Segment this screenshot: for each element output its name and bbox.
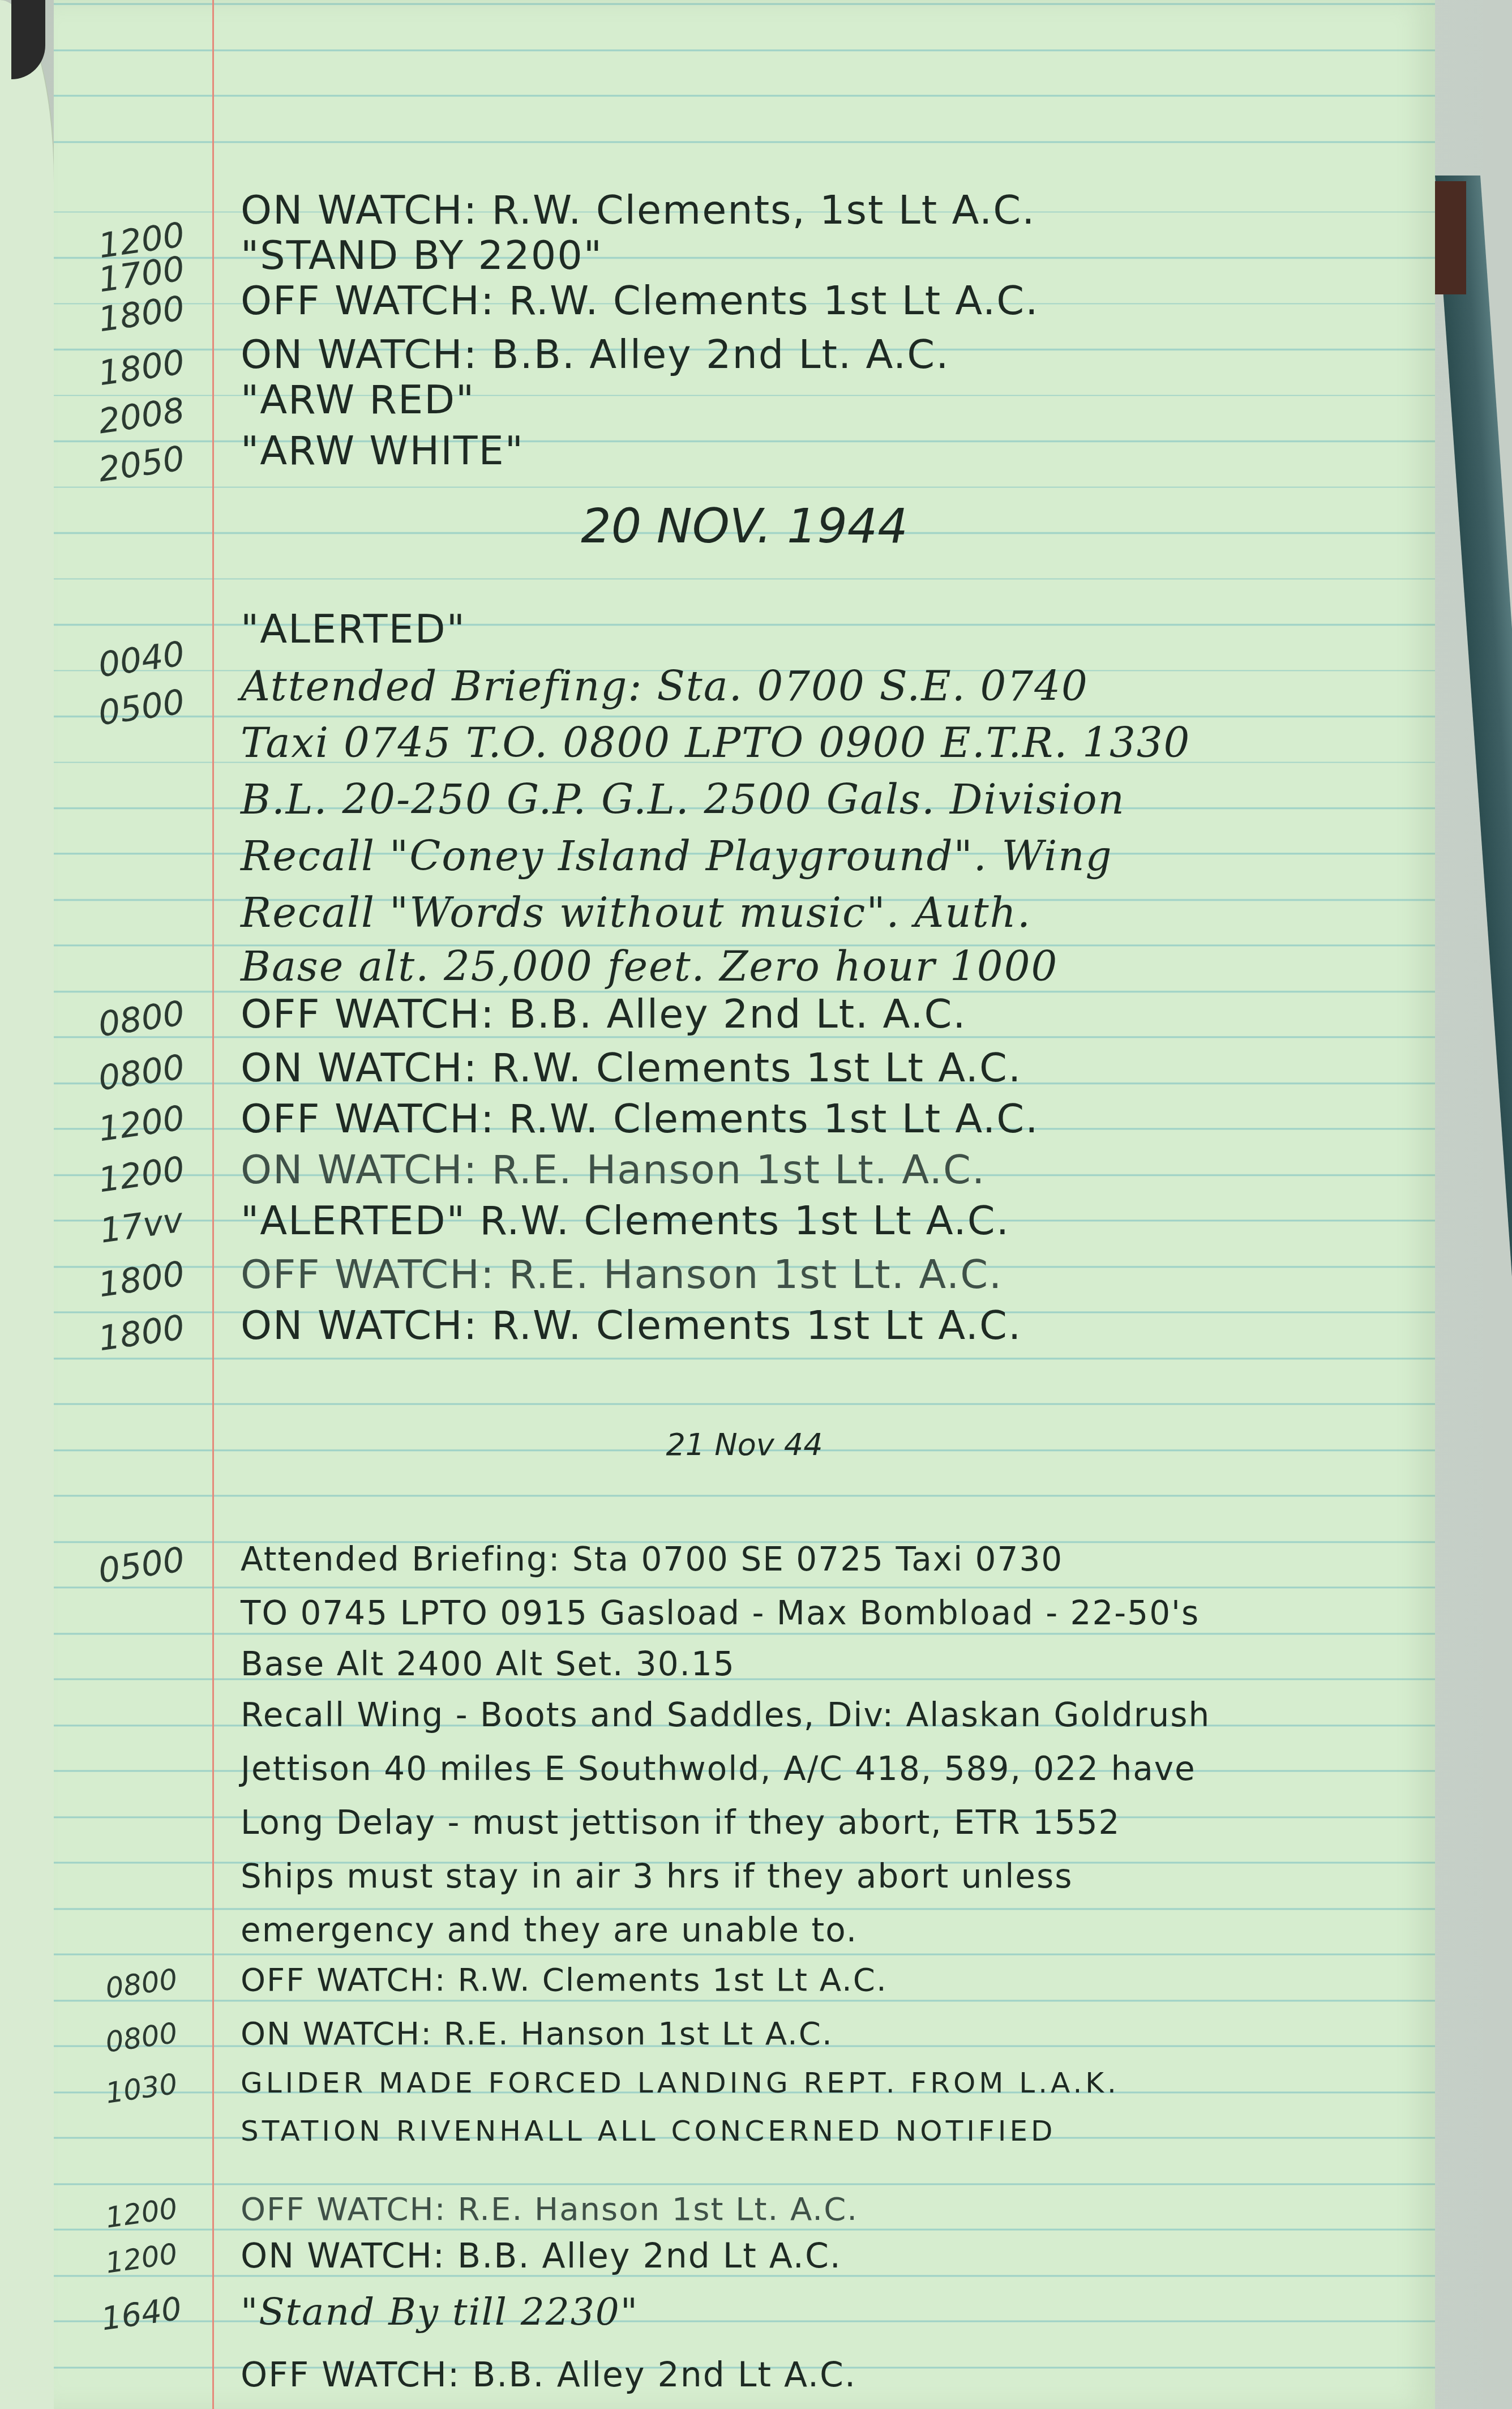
entry-time: 0800 — [77, 1045, 206, 1101]
log-entry: 0800 ON WATCH: R.E. Hanson 1st Lt A.C. — [54, 2016, 1435, 2066]
entry-text: ON WATCH: R.E. Hanson 1st Lt A.C. — [241, 2016, 1412, 2052]
entry-text: OFF WATCH: B.B. Alley 2nd Lt A.C. — [241, 2355, 1412, 2395]
log-entry: 0500 Attended Briefing: Sta 0700 SE 0725… — [54, 1540, 1435, 1591]
ledger-page: 1200 ON WATCH: R.W. Clements, 1st Lt A.C… — [54, 0, 1435, 2409]
entry-text: ON WATCH: B.B. Alley 2nd Lt A.C. — [241, 2236, 1412, 2276]
log-entry: 1800 ON WATCH: R.W. Clements 1st Lt A.C. — [54, 1305, 1435, 1356]
entry-time: 17vv — [77, 1197, 206, 1254]
entry-text: OFF WATCH: R.W. Clements 1st Lt A.C. — [241, 1096, 1412, 1142]
log-entry: 1800 OFF WATCH: R.E. Hanson 1st Lt. A.C. — [54, 1254, 1435, 1305]
entry-time: 2050 — [77, 436, 206, 493]
entry-time: 0800 — [78, 1959, 205, 2009]
log-entry: 1200 ON WATCH: B.B. Alley 2nd Lt A.C. — [54, 2236, 1435, 2287]
log-entry: TO 0745 LPTO 0915 Gasload - Max Bombload… — [54, 1594, 1435, 1645]
log-entry: 1200 OFF WATCH: R.E. Hanson 1st Lt. A.C. — [54, 2191, 1435, 2242]
entry-time: 1200 — [78, 2233, 205, 2283]
date-heading: 20 NOV. 1944 — [54, 498, 1435, 554]
entry-text: ON WATCH: R.E. Hanson 1st Lt. A.C. — [241, 1146, 1412, 1193]
entry-text: ON WATCH: R.W. Clements 1st Lt A.C. — [241, 1045, 1412, 1091]
previous-page-edge — [0, 0, 55, 2409]
log-entry: Recall Wing - Boots and Saddles, Div: Al… — [54, 1696, 1435, 1747]
entry-text: OFF WATCH: R.E. Hanson 1st Lt. A.C. — [241, 1251, 1412, 1298]
log-entry: 0800 OFF WATCH: B.B. Alley 2nd Lt. A.C. — [54, 996, 1435, 1047]
log-entry: Base Alt 2400 Alt Set. 30.15 — [54, 1645, 1435, 1696]
log-entry: 1200 OFF WATCH: R.W. Clements 1st Lt A.C… — [54, 1098, 1435, 1149]
entry-text: Base Alt 2400 Alt Set. 30.15 — [241, 1645, 1412, 1683]
log-entry: OFF WATCH: B.B. Alley 2nd Lt A.C. — [54, 2355, 1435, 2406]
entry-text: Attended Briefing: Sta. 0700 S.E. 0740 — [241, 662, 1412, 710]
entry-time: 1200 — [78, 2188, 205, 2238]
entry-text: Jettison 40 miles E Southwold, A/C 418, … — [241, 1749, 1412, 1788]
entry-text: Taxi 0745 T.O. 0800 LPTO 0900 E.T.R. 133… — [241, 719, 1412, 767]
entry-text: GLIDER MADE FORCED LANDING REPT. FROM L.… — [241, 2066, 1412, 2099]
entry-text: Recall "Coney Island Playground". Wing — [241, 832, 1412, 880]
entry-time: 1200 — [77, 1146, 206, 1203]
entry-time: 0800 — [77, 991, 206, 1047]
shadow — [11, 0, 45, 79]
entry-text: Recall "Words without music". Auth. — [241, 889, 1412, 936]
log-entry: 0040 "ALERTED" — [54, 600, 1435, 651]
entry-text: OFF WATCH: R.E. Hanson 1st Lt. A.C. — [241, 2191, 1412, 2228]
entry-text: ON WATCH: R.W. Clements, 1st Lt A.C. — [241, 187, 1412, 233]
entry-text: Attended Briefing: Sta 0700 SE 0725 Taxi… — [241, 1540, 1412, 1578]
entry-time: 0500 — [77, 1537, 206, 1594]
log-entry: 1200 ON WATCH: R.W. Clements, 1st Lt A.C… — [54, 187, 1435, 238]
entry-text: Recall Wing - Boots and Saddles, Div: Al… — [241, 1696, 1412, 1734]
entry-text: OFF WATCH: R.W. Clements 1st Lt A.C. — [241, 277, 1412, 324]
entry-text: B.L. 20-250 G.P. G.L. 2500 Gals. Divisio… — [241, 776, 1412, 823]
entry-text: ON WATCH: B.B. Alley 2nd Lt. A.C. — [241, 331, 1412, 378]
entry-text: Base alt. 25,000 feet. Zero hour 1000 — [241, 943, 1412, 990]
log-entry: Taxi 0745 T.O. 0800 LPTO 0900 E.T.R. 133… — [54, 719, 1435, 770]
log-entry: 1030 GLIDER MADE FORCED LANDING REPT. FR… — [54, 2066, 1435, 2117]
entry-text: "Stand By till 2230" — [241, 2290, 1412, 2334]
entry-text: "ARW RED" — [241, 376, 1412, 423]
entry-text: OFF WATCH: B.B. Alley 2nd Lt. A.C. — [241, 991, 1412, 1037]
log-entry: Base alt. 25,000 feet. Zero hour 1000 — [54, 943, 1435, 994]
log-entry: B.L. 20-250 G.P. G.L. 2500 Gals. Divisio… — [54, 776, 1435, 827]
entry-text: "STAND BY 2200" — [241, 232, 1412, 279]
entry-text: Ships must stay in air 3 hrs if they abo… — [241, 1857, 1412, 1895]
entry-time: 1800 — [77, 1251, 206, 1308]
entry-text: emergency and they are unable to. — [241, 1911, 1412, 1949]
log-entry: 1640 "Stand By till 2230" — [54, 2290, 1435, 2341]
entry-text: OFF WATCH: R.W. Clements 1st Lt A.C. — [241, 1962, 1412, 1999]
entry-time: 1640 — [78, 2287, 206, 2341]
entry-text: "ALERTED" R.W. Clements 1st Lt A.C. — [241, 1197, 1412, 1244]
date-heading: 21 Nov 44 — [54, 1427, 1435, 1462]
entry-time: 1030 — [78, 2064, 205, 2113]
log-entry: Recall "Words without music". Auth. — [54, 889, 1435, 940]
log-entry: Jettison 40 miles E Southwold, A/C 418, … — [54, 1749, 1435, 1800]
log-entry: 1200 ON WATCH: R.E. Hanson 1st Lt. A.C. — [54, 1149, 1435, 1200]
log-entry: 1800 OFF WATCH: R.W. Clements 1st Lt A.C… — [54, 283, 1435, 334]
log-entry: 2050 "ARW WHITE" — [54, 436, 1435, 487]
entry-text: ON WATCH: R.W. Clements 1st Lt A.C. — [241, 1302, 1412, 1349]
log-entry: 0800 OFF WATCH: R.W. Clements 1st Lt A.C… — [54, 1962, 1435, 2013]
log-entry: 0800 ON WATCH: R.W. Clements 1st Lt A.C. — [54, 1047, 1435, 1098]
entry-text: Long Delay - must jettison if they abort… — [241, 1803, 1412, 1842]
entry-text: "ARW WHITE" — [241, 427, 1412, 474]
log-entry: 17vv "ALERTED" R.W. Clements 1st Lt A.C. — [54, 1200, 1435, 1251]
log-entry: STATION RIVENHALL ALL CONCERNED NOTIFIED — [54, 2115, 1435, 2166]
entry-time: 0800 — [78, 2013, 205, 2063]
entry-time: 1200 — [77, 1096, 206, 1152]
log-entry: Ships must stay in air 3 hrs if they abo… — [54, 1857, 1435, 1908]
log-entry: 0500 Attended Briefing: Sta. 0700 S.E. 0… — [54, 662, 1435, 713]
entry-text: "ALERTED" — [241, 606, 1412, 652]
entry-text: STATION RIVENHALL ALL CONCERNED NOTIFIED — [241, 2115, 1412, 2147]
log-entry: Recall "Coney Island Playground". Wing — [54, 832, 1435, 883]
entry-time: 1800 — [77, 1305, 206, 1362]
log-entry: Long Delay - must jettison if they abort… — [54, 1803, 1435, 1854]
log-entry: emergency and they are unable to. — [54, 1911, 1435, 1962]
entry-text: TO 0745 LPTO 0915 Gasload - Max Bombload… — [241, 1594, 1412, 1632]
